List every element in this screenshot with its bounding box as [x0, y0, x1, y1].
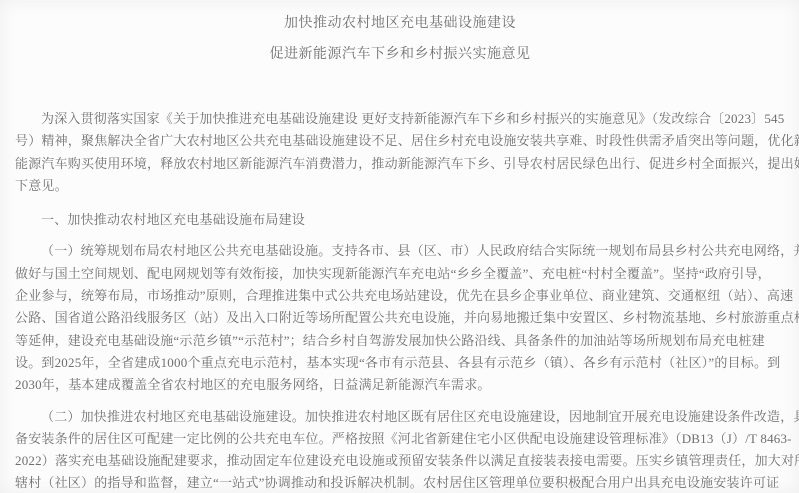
- text-line: 2030年，基本建成覆盖全省农村地区的充电服务网络，日益满足新能源汽车需求。: [15, 374, 785, 396]
- text-line: 企业参与，统筹布局，市场推动”原则，合理推进集中式公共充电场站建设，优先在县乡企…: [15, 285, 785, 307]
- text-line: 能源汽车购买使用环境，释放农村地区新能源汽车消费潜力，推动新能源汽车下乡、引导农…: [15, 153, 785, 175]
- text-line: 设。到2025年，全省建成1000个重点充电示范村，基本实现“各市有示范县、各县…: [15, 352, 785, 374]
- document-body: 加快推动农村地区充电基础设施建设促进新能源汽车下乡和乡村振兴实施意见 为深入贯彻…: [0, 0, 799, 493]
- document-paragraphs: 为深入贯彻落实国家《关于加快推进充电基础设施建设 更好支持新能源汽车下乡和乡村振…: [15, 108, 785, 493]
- text-line: 2022）落实充电基础设施配建要求，推动固定车位建设充电设施或预留安装条件以满足…: [15, 450, 785, 472]
- section-heading: 一、加快推动农村地区充电基础设施布局建设: [15, 209, 785, 231]
- text-line: （一）统筹规划布局农村地区公共充电基础设施。支持各市、县（区、市）人民政府结合实…: [15, 240, 785, 262]
- text-line: 等延伸，建设充电基础设施“示范乡镇”“示范村”；结合乡村自驾游发展加快公路沿线、…: [15, 330, 785, 352]
- paragraph: （一）统筹规划布局农村地区公共充电基础设施。支持各市、县（区、市）人民政府结合实…: [15, 240, 785, 396]
- document-title: 加快推动农村地区充电基础设施建设促进新能源汽车下乡和乡村振兴实施意见: [15, 8, 785, 70]
- text-line: 辖村（社区）的指导和监督，建立“一站式”协调推动和投诉解决机制。农村居住区管理单…: [15, 472, 785, 493]
- text-line: 为深入贯彻落实国家《关于加快推进充电基础设施建设 更好支持新能源汽车下乡和乡村振…: [15, 108, 785, 130]
- paragraph: （二）加快推进农村地区充电基础设施建设。加快推进农村地区既有居住区充电设施建设，…: [15, 406, 785, 493]
- document-page: 加快推动农村地区充电基础设施建设促进新能源汽车下乡和乡村振兴实施意见 为深入贯彻…: [0, 0, 799, 493]
- text-line: 做好与国土空间规划、配电网规划等有效衔接，加快实现新能源汽车充电站“乡乡全覆盖”…: [15, 263, 785, 285]
- text-line: （二）加快推进农村地区充电基础设施建设。加快推进农村地区既有居住区充电设施建设，…: [15, 406, 785, 428]
- title-line: 加快推动农村地区充电基础设施建设: [15, 8, 785, 39]
- text-line: 一、加快推动农村地区充电基础设施布局建设: [15, 209, 785, 231]
- text-line: 备安装条件的居住区可配建一定比例的公共充电车位。严格按照《河北省新建住宅小区供配…: [15, 428, 785, 450]
- text-line: 下意见。: [15, 175, 785, 197]
- text-line: 号）精神，聚焦解决全省广大农村地区公共充电基础设施建设不足、居住乡村充电设施安装…: [15, 130, 785, 152]
- paragraph: 为深入贯彻落实国家《关于加快推进充电基础设施建设 更好支持新能源汽车下乡和乡村振…: [15, 108, 785, 197]
- text-line: 公路、国省道公路沿线服务区（站）及出入口附近等场所配置公共充电设施，并向易地搬迁…: [15, 307, 785, 329]
- title-line: 促进新能源汽车下乡和乡村振兴实施意见: [15, 39, 785, 70]
